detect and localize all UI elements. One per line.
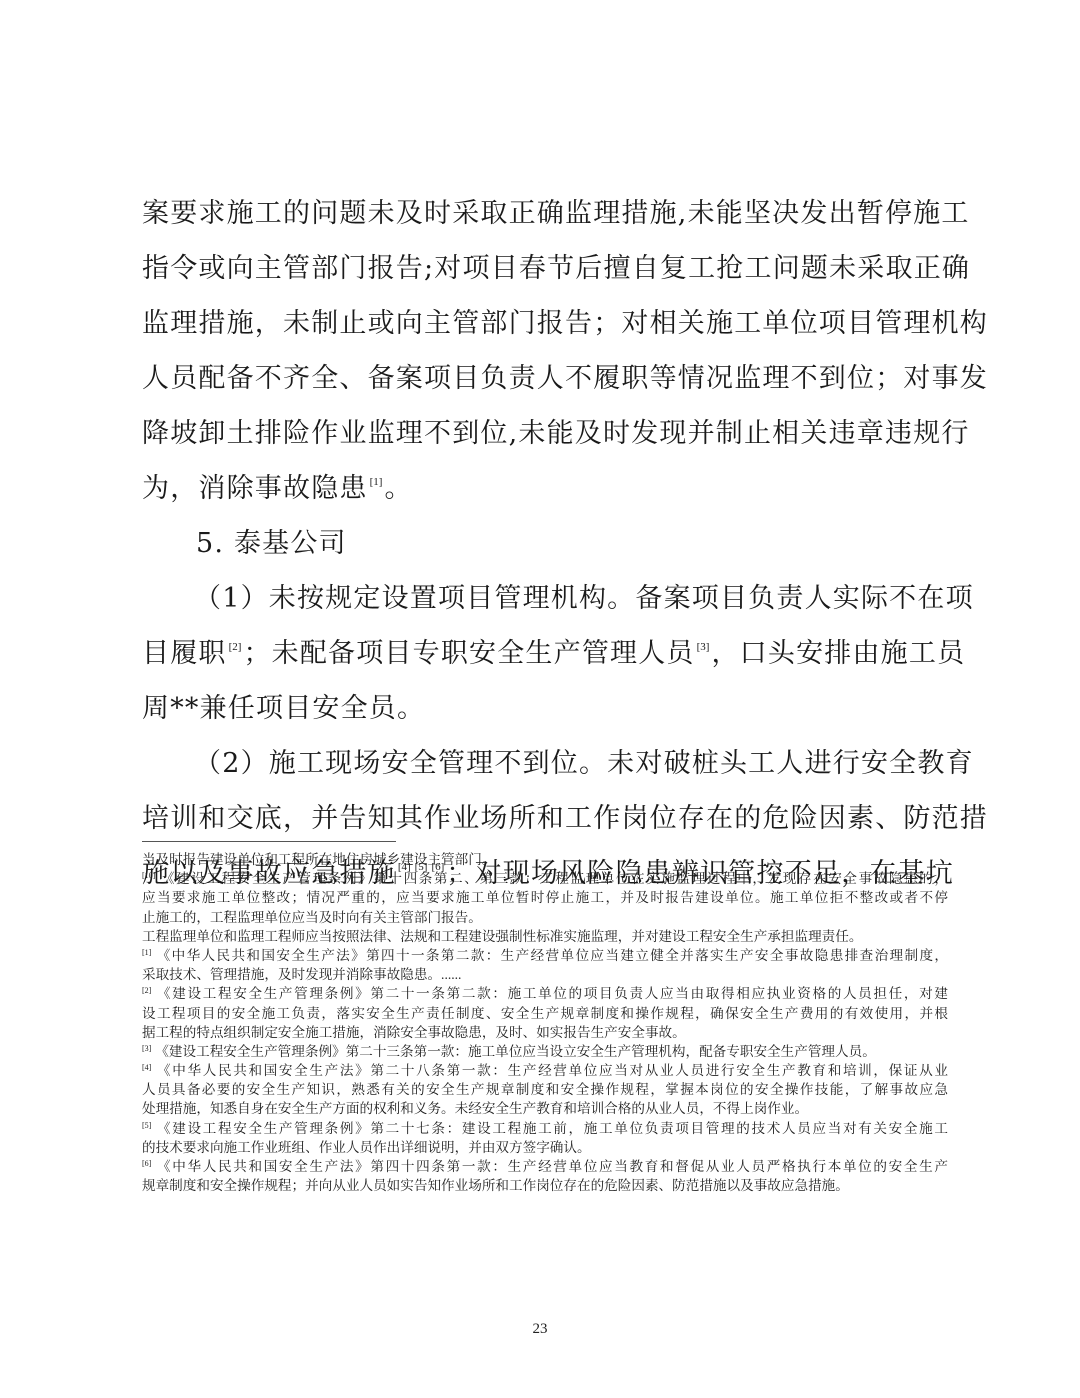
footnote-4-line: 人员具备必要的安全生产知识，熟悉有关的安全生产规章制度和安全操作规程，掌握本岗位… xyxy=(142,1080,948,1099)
footnote-mark: [6] xyxy=(142,1159,151,1168)
footnote-separator xyxy=(142,841,396,842)
footnote-10-line: 应当要求施工单位整改；情况严重的，应当要求施工单位暂时停止施工，并及时报告建设单… xyxy=(142,888,948,907)
footnote-4: [4]《中华人民共和国安全生产法》第二十八条第一款：生产经营单位应当对从业人员进… xyxy=(142,1061,948,1080)
footnote-mark: [3] xyxy=(142,1044,151,1053)
footnote-text: 《中华人民共和国安全生产法》第四十四条第一款：生产经营单位应当教育和督促从业人员… xyxy=(155,1159,948,1174)
body-line: 人员配备不齐全、备案项目负责人不履职等情况监理不到位；对事发 xyxy=(142,351,948,406)
body-text-span: 目履职 xyxy=(142,638,227,669)
footnote-text: 《建设工程安全生产管理条例》第十四条第二、第三款：工程监理单位在实施监理过程中，… xyxy=(159,871,948,886)
body-text: 案要求施工的问题未及时采取正确监理措施,未能坚决发出暂停施工 指令或向主管部门报… xyxy=(142,186,948,901)
footnote-1: [1]《中华人民共和国安全生产法》第四十一条第二款：生产经营单位应当建立健全并落… xyxy=(142,946,948,965)
footnote-ref[interactable]: [2] xyxy=(229,641,242,653)
body-line: 为，消除事故隐患[1]。 xyxy=(142,461,948,516)
footnote-1-line: 采取技术、管理措施，及时发现并消除事故隐患。...... xyxy=(142,965,948,984)
footnote-mark: [4] xyxy=(142,1063,151,1072)
footnote-text: 《建设工程安全生产管理条例》第二十七条：建设工程施工前，施工单位负责项目管理的技… xyxy=(155,1121,948,1136)
footnote-mark: [10] xyxy=(142,871,155,880)
body-line: 降坡卸土排险作业监理不到位,未能及时发现并制止相关违章违规行 xyxy=(142,406,948,461)
body-text-span: 。 xyxy=(384,473,412,504)
footnote-4-line: 处理措施，知悉自身在安全生产方面的权利和义务。未经安全生产教育和培训合格的从业人… xyxy=(142,1099,948,1118)
footnote-continued: 当及时报告建设单位和工程所在地住房城乡建设主管部门。 xyxy=(142,850,948,869)
section-heading: 5. 泰基公司 xyxy=(142,516,948,571)
footnote-mark: [5] xyxy=(142,1121,151,1130)
footnote-2-line: 据工程的特点组织制定安全施工措施，消除安全事故隐患，及时、如实报告生产安全事故。 xyxy=(142,1023,948,1042)
footnote-3: [3]《建设工程安全生产管理条例》第二十三条第一款：施工单位应当设立安全生产管理… xyxy=(142,1042,948,1061)
footnote-text: 《建设工程安全生产管理条例》第二十一条第二款：施工单位的项目负责人应当由取得相应… xyxy=(155,986,948,1001)
footnote-10-line: 工程监理单位和监理工程师应当按照法律、法规和工程建设强制性标准实施监理，并对建设… xyxy=(142,927,948,946)
body-line: 案要求施工的问题未及时采取正确监理措施,未能坚决发出暂停施工 xyxy=(142,186,948,241)
paragraph-1-line: 目履职[2]；未配备项目专职安全生产管理人员[3]，口头安排由施工员 xyxy=(142,626,948,681)
footnote-5: [5]《建设工程安全生产管理条例》第二十七条：建设工程施工前，施工单位负责项目管… xyxy=(142,1119,948,1138)
body-text-span: ，口头安排由施工员 xyxy=(711,638,965,669)
paragraph-1-line: （1）未按规定设置项目管理机构。备案项目负责人实际不在项 xyxy=(142,571,948,626)
body-text-span: 为，消除事故隐患 xyxy=(142,473,368,504)
footnote-ref[interactable]: [3] xyxy=(697,641,710,653)
paragraph-2-line: （2）施工现场安全管理不到位。未对破桩头工人进行安全教育 xyxy=(142,736,948,791)
footnote-2: [2]《建设工程安全生产管理条例》第二十一条第二款：施工单位的项目负责人应当由取… xyxy=(142,984,948,1003)
body-line: 监理措施，未制止或向主管部门报告；对相关施工单位项目管理机构 xyxy=(142,296,948,351)
footnote-mark: [1] xyxy=(142,948,151,957)
footnote-10: [10]《建设工程安全生产管理条例》第十四条第二、第三款：工程监理单位在实施监理… xyxy=(142,869,948,888)
footnote-ref[interactable]: [1] xyxy=(370,476,383,488)
footnotes: 当及时报告建设单位和工程所在地住房城乡建设主管部门。 [10]《建设工程安全生产… xyxy=(142,850,948,1195)
footnote-text: 《建设工程安全生产管理条例》第二十三条第一款：施工单位应当设立安全生产管理机构，… xyxy=(155,1044,875,1059)
footnote-6: [6]《中华人民共和国安全生产法》第四十四条第一款：生产经营单位应当教育和督促从… xyxy=(142,1157,948,1176)
footnote-6-line: 规章制度和安全操作规程；并向从业人员如实告知作业场所和工作岗位存在的危险因素、防… xyxy=(142,1176,948,1195)
footnote-5-line: 的技术要求向施工作业班组、作业人员作出详细说明，并由双方签字确认。 xyxy=(142,1138,948,1157)
footnote-10-line: 止施工的，工程监理单位应当及时向有关主管部门报告。 xyxy=(142,908,948,927)
footnote-text: 《中华人民共和国安全生产法》第二十八条第一款：生产经营单位应当对从业人员进行安全… xyxy=(155,1063,948,1078)
paragraph-2-line: 培训和交底，并告知其作业场所和工作岗位存在的危险因素、防范措 xyxy=(142,791,948,846)
footnote-text: 《中华人民共和国安全生产法》第四十一条第二款：生产经营单位应当建立健全并落实生产… xyxy=(155,948,948,963)
body-text-span: ；未配备项目专职安全生产管理人员 xyxy=(243,638,694,669)
footnote-2-line: 设工程项目的安全施工负责，落实安全生产责任制度、安全生产规章制度和操作规程，确保… xyxy=(142,1004,948,1023)
paragraph-1-line: 周**兼任项目安全员。 xyxy=(142,681,948,736)
page-number: 23 xyxy=(0,1321,1080,1338)
body-line: 指令或向主管部门报告;对项目春节后擅自复工抢工问题未采取正确 xyxy=(142,241,948,296)
footnote-mark: [2] xyxy=(142,986,151,995)
document-page: 案要求施工的问题未及时采取正确监理措施,未能坚决发出暂停施工 指令或向主管部门报… xyxy=(0,0,1080,1398)
